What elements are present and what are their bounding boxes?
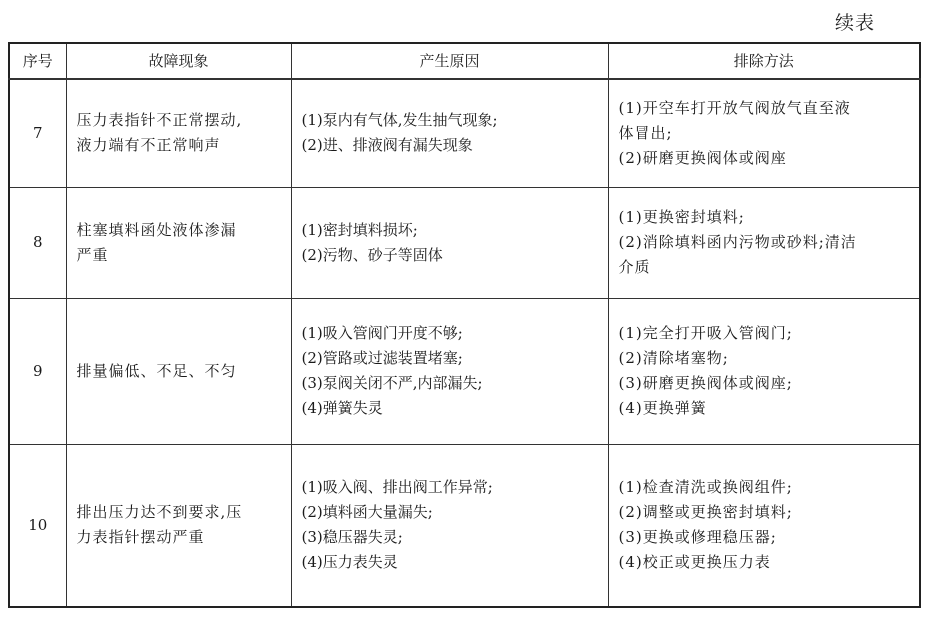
header-no: 序号 (9, 43, 66, 79)
remedy-line: (1)完全打开吸入管阀门; (619, 321, 912, 346)
remedy-line: 体冒出; (619, 121, 912, 146)
cause-line: (2)管路或过滤装置堵塞; (302, 346, 600, 371)
remedy-line: (4)更换弹簧 (619, 396, 912, 421)
remedy-line: (4)校正或更换压力表 (619, 550, 912, 575)
symptom-line: 柱塞填料函处液体渗漏 (77, 218, 281, 243)
header-symptom: 故障现象 (66, 43, 291, 79)
cause-cell: (1)吸入阀、排出阀工作异常; (2)填料函大量漏失; (3)稳压器失灵; (4… (291, 444, 608, 607)
remedy-line: (1)开空车打开放气阀放气直至液 (619, 96, 912, 121)
symptom-line: 力表指针摆动严重 (77, 525, 281, 550)
symptom-line: 压力表指针不正常摆动, (77, 108, 281, 133)
symptom-cell: 压力表指针不正常摆动, 液力端有不正常响声 (66, 79, 291, 187)
cause-line: (1)吸入管阀门开度不够; (302, 321, 600, 346)
remedy-line: (3)更换或修理稳压器; (619, 525, 912, 550)
cause-line: (3)泵阀关闭不严,内部漏失; (302, 371, 600, 396)
remedy-line: (2)清除堵塞物; (619, 346, 912, 371)
remedy-line: 介质 (619, 255, 912, 280)
remedy-line: (2)研磨更换阀体或阀座 (619, 146, 912, 171)
remedy-cell: (1)完全打开吸入管阀门; (2)清除堵塞物; (3)研磨更换阀体或阀座; (4… (608, 298, 920, 444)
row-number: 7 (9, 79, 66, 187)
cause-line: (1)吸入阀、排出阀工作异常; (302, 475, 600, 500)
remedy-line: (1)更换密封填料; (619, 205, 912, 230)
cause-line: (3)稳压器失灵; (302, 525, 600, 550)
remedy-line: (3)研磨更换阀体或阀座; (619, 371, 912, 396)
cause-line: (4)弹簧失灵 (302, 396, 600, 421)
remedy-cell: (1)检查清洗或换阀组件; (2)调整或更换密封填料; (3)更换或修理稳压器;… (608, 444, 920, 607)
cause-line: (1)泵内有气体,发生抽气现象; (302, 108, 600, 133)
remedy-line: (2)消除填料函内污物或砂料;清洁 (619, 230, 912, 255)
row-number: 8 (9, 187, 66, 298)
table-row: 9 排量偏低、不足、不匀 (1)吸入管阀门开度不够; (2)管路或过滤装置堵塞;… (9, 298, 920, 444)
cause-line: (2)填料函大量漏失; (302, 500, 600, 525)
cause-cell: (1)密封填料损坏; (2)污物、砂子等固体 (291, 187, 608, 298)
row-number: 10 (9, 444, 66, 607)
symptom-cell: 排出压力达不到要求,压 力表指针摆动严重 (66, 444, 291, 607)
symptom-cell: 柱塞填料函处液体渗漏 严重 (66, 187, 291, 298)
symptom-line: 严重 (77, 243, 281, 268)
cause-line: (4)压力表失灵 (302, 550, 600, 575)
table-row: 10 排出压力达不到要求,压 力表指针摆动严重 (1)吸入阀、排出阀工作异常; … (9, 444, 920, 607)
header-remedy: 排除方法 (608, 43, 920, 79)
remedy-line: (2)调整或更换密封填料; (619, 500, 912, 525)
symptom-line: 排量偏低、不足、不匀 (77, 359, 281, 384)
table-continuation-caption: 续表 (835, 8, 875, 35)
cause-line: (2)污物、砂子等固体 (302, 243, 600, 268)
table-header-row: 序号 故障现象 产生原因 排除方法 (9, 43, 920, 79)
symptom-cell: 排量偏低、不足、不匀 (66, 298, 291, 444)
cause-line: (2)进、排液阀有漏失现象 (302, 133, 600, 158)
cause-cell: (1)泵内有气体,发生抽气现象; (2)进、排液阀有漏失现象 (291, 79, 608, 187)
header-cause: 产生原因 (291, 43, 608, 79)
remedy-cell: (1)更换密封填料; (2)消除填料函内污物或砂料;清洁 介质 (608, 187, 920, 298)
fault-troubleshooting-table: 序号 故障现象 产生原因 排除方法 7 压力表指针不正常摆动, 液力端有不正常响… (8, 42, 921, 608)
cause-line: (1)密封填料损坏; (302, 218, 600, 243)
table-row: 8 柱塞填料函处液体渗漏 严重 (1)密封填料损坏; (2)污物、砂子等固体 (… (9, 187, 920, 298)
row-number: 9 (9, 298, 66, 444)
cause-cell: (1)吸入管阀门开度不够; (2)管路或过滤装置堵塞; (3)泵阀关闭不严,内部… (291, 298, 608, 444)
remedy-cell: (1)开空车打开放气阀放气直至液 体冒出; (2)研磨更换阀体或阀座 (608, 79, 920, 187)
table-row: 7 压力表指针不正常摆动, 液力端有不正常响声 (1)泵内有气体,发生抽气现象;… (9, 79, 920, 187)
symptom-line: 排出压力达不到要求,压 (77, 500, 281, 525)
remedy-line: (1)检查清洗或换阀组件; (619, 475, 912, 500)
symptom-line: 液力端有不正常响声 (77, 133, 281, 158)
